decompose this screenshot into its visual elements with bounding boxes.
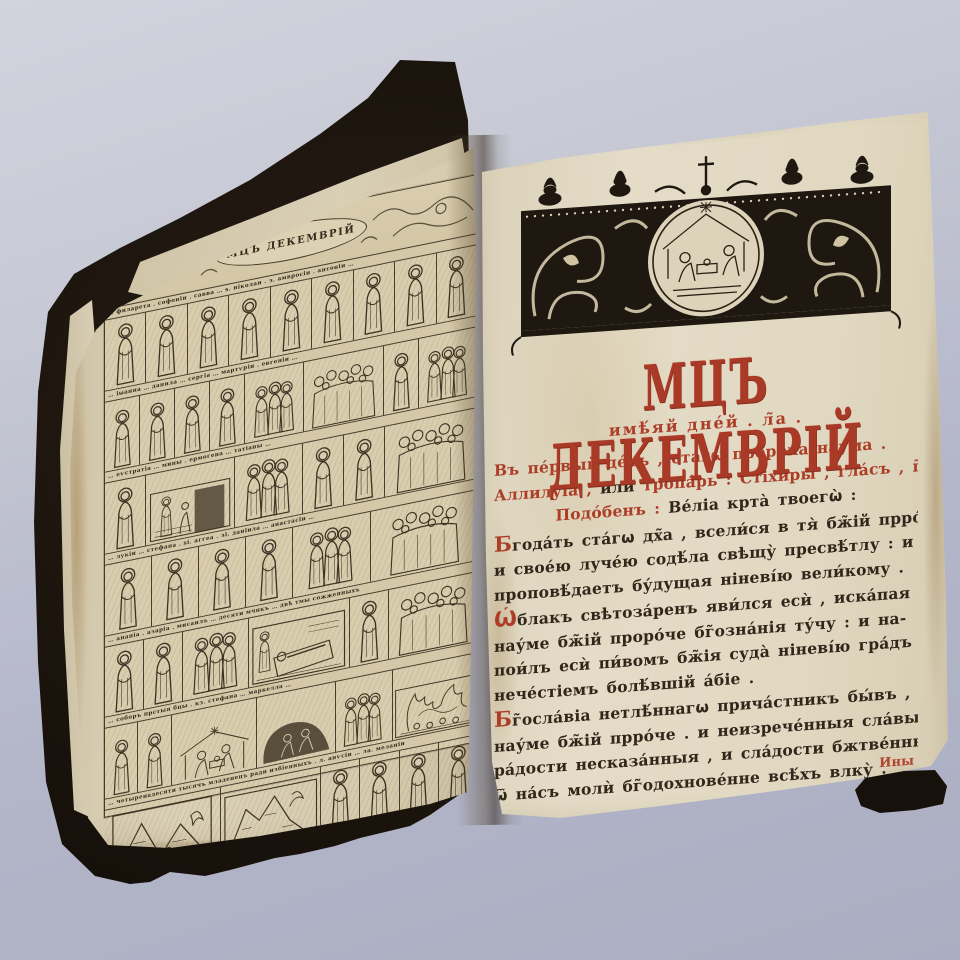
red-ink-text: Б — [494, 530, 512, 556]
saint-figure-cell — [303, 435, 344, 513]
saint-icon — [272, 283, 311, 356]
saint-figure-cell — [105, 395, 140, 472]
saint-icon — [385, 343, 418, 415]
saint-figure-cell — [246, 528, 293, 607]
saint-icon — [247, 532, 291, 606]
saint-icon — [354, 266, 393, 339]
saint-figure-cell — [175, 381, 210, 458]
saint-figure-cell — [354, 262, 395, 340]
saint-figure-cell — [344, 427, 385, 505]
saint-icon — [230, 292, 269, 365]
saint-figure-cell — [188, 296, 229, 374]
saint-figure-cell — [312, 270, 353, 348]
saint-figure-cell — [271, 279, 312, 357]
saint-icon — [351, 594, 388, 667]
saint-icon — [211, 378, 244, 450]
saint-figure-cell — [235, 444, 304, 528]
saint-icon — [139, 720, 170, 792]
saint-figure-cell — [105, 312, 146, 390]
saint-icon — [106, 561, 150, 635]
saint-icon — [141, 393, 174, 465]
saint-figure-cell — [336, 671, 392, 752]
saint-figure-cell — [229, 287, 270, 365]
saint-figure-cell — [140, 388, 175, 465]
saint-figure-cell — [245, 362, 304, 444]
saint-icon — [106, 317, 145, 390]
right-page-content: а̃ — [494, 117, 918, 840]
saint-figure-cell — [105, 556, 152, 635]
saint-icon — [396, 258, 435, 331]
catchword: Ины — [879, 754, 914, 771]
saint-icon — [345, 432, 383, 505]
group-icon — [337, 675, 390, 751]
saint-icon — [106, 644, 143, 717]
saint-icon — [304, 440, 342, 513]
red-ink-text: Ѡ́ — [494, 605, 517, 632]
saint-icon — [147, 308, 186, 381]
photograph-of-open-antique-book: МЦЪ ДЕКЕМВРІЙ … филарета . софоніи . сав… — [0, 0, 960, 960]
saint-figure-cell — [144, 632, 183, 710]
saint-icon — [189, 300, 228, 373]
saint-figure-cell — [210, 374, 245, 451]
saint-icon — [153, 551, 197, 625]
saint-figure-cell — [183, 618, 249, 701]
woodcut-headpiece — [505, 138, 907, 356]
saint-figure-cell — [146, 304, 187, 382]
saint-icon — [106, 400, 139, 472]
folio-number: а̃ — [897, 96, 906, 115]
red-ink-text: Б — [494, 706, 512, 732]
right-page: а̃ — [470, 95, 955, 825]
saint-icon — [145, 636, 182, 709]
saints-grid: … филарета . софоніи . савва … ѕ. нікола… — [105, 234, 477, 880]
group-icon — [247, 367, 303, 444]
saint-icon — [200, 542, 244, 616]
pencil-inscription: (иа — [556, 814, 592, 845]
saint-figure-cell — [105, 640, 144, 718]
saint-figure-cell — [105, 722, 138, 799]
saint-figure-cell — [384, 339, 419, 416]
group-icon — [185, 623, 247, 701]
saint-icon — [106, 727, 137, 799]
group-icon — [236, 448, 301, 527]
saint-icon — [106, 480, 144, 553]
saint-figure-cell — [138, 716, 171, 792]
saint-figure-cell — [199, 537, 246, 616]
saint-figure-cell — [105, 476, 146, 554]
saint-icon — [176, 386, 209, 458]
saint-figure-cell — [395, 253, 436, 331]
saint-icon — [313, 275, 352, 348]
saint-figure-cell — [350, 590, 389, 668]
saint-figure-cell — [152, 547, 199, 626]
